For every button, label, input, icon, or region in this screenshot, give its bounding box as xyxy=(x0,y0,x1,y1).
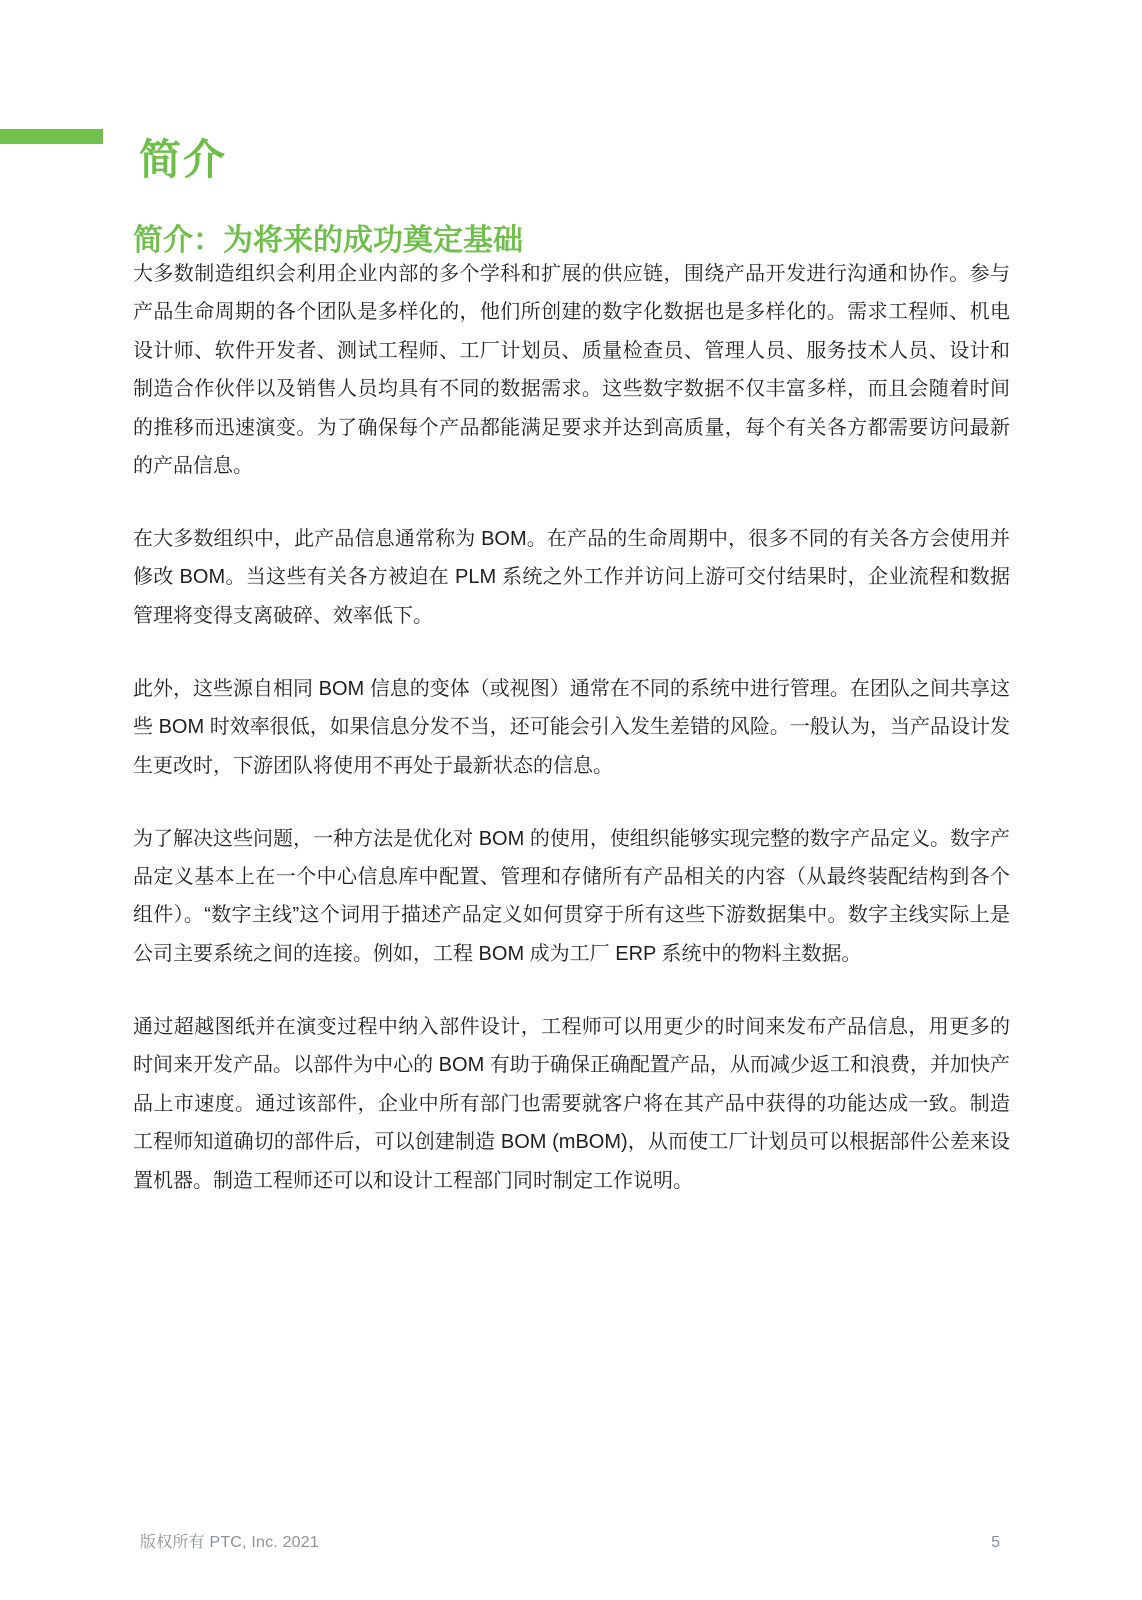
footer-copyright: 版权所有 PTC, Inc. 2021 xyxy=(140,1529,319,1552)
body-copy: 大多数制造组织会利用企业内部的多个学科和扩展的供应链，围绕产品开发进行沟通和协作… xyxy=(133,255,1010,1235)
page-number: 5 xyxy=(991,1534,1000,1552)
page-footer: 版权所有 PTC, Inc. 2021 5 xyxy=(140,1529,1000,1552)
paragraph-4: 为了解决这些问题，一种方法是优化对 BOM 的使用，使组织能够实现完整的数字产品… xyxy=(133,820,1010,974)
document-page: 简介 简介：为将来的成功奠定基础 大多数制造组织会利用企业内部的多个学科和扩展的… xyxy=(0,0,1142,1600)
paragraph-3: 此外，这些源自相同 BOM 信息的变体（或视图）通常在不同的系统中进行管理。在团… xyxy=(133,670,1010,785)
page-title: 简介 xyxy=(139,134,227,186)
paragraph-5: 通过超越图纸并在演变过程中纳入部件设计，工程师可以用更少的时间来发布产品信息，用… xyxy=(133,1008,1010,1200)
paragraph-1: 大多数制造组织会利用企业内部的多个学科和扩展的供应链，围绕产品开发进行沟通和协作… xyxy=(133,255,1010,485)
paragraph-2: 在大多数组织中，此产品信息通常称为 BOM。在产品的生命周期中，很多不同的有关各… xyxy=(133,520,1010,635)
accent-bar xyxy=(0,129,103,144)
